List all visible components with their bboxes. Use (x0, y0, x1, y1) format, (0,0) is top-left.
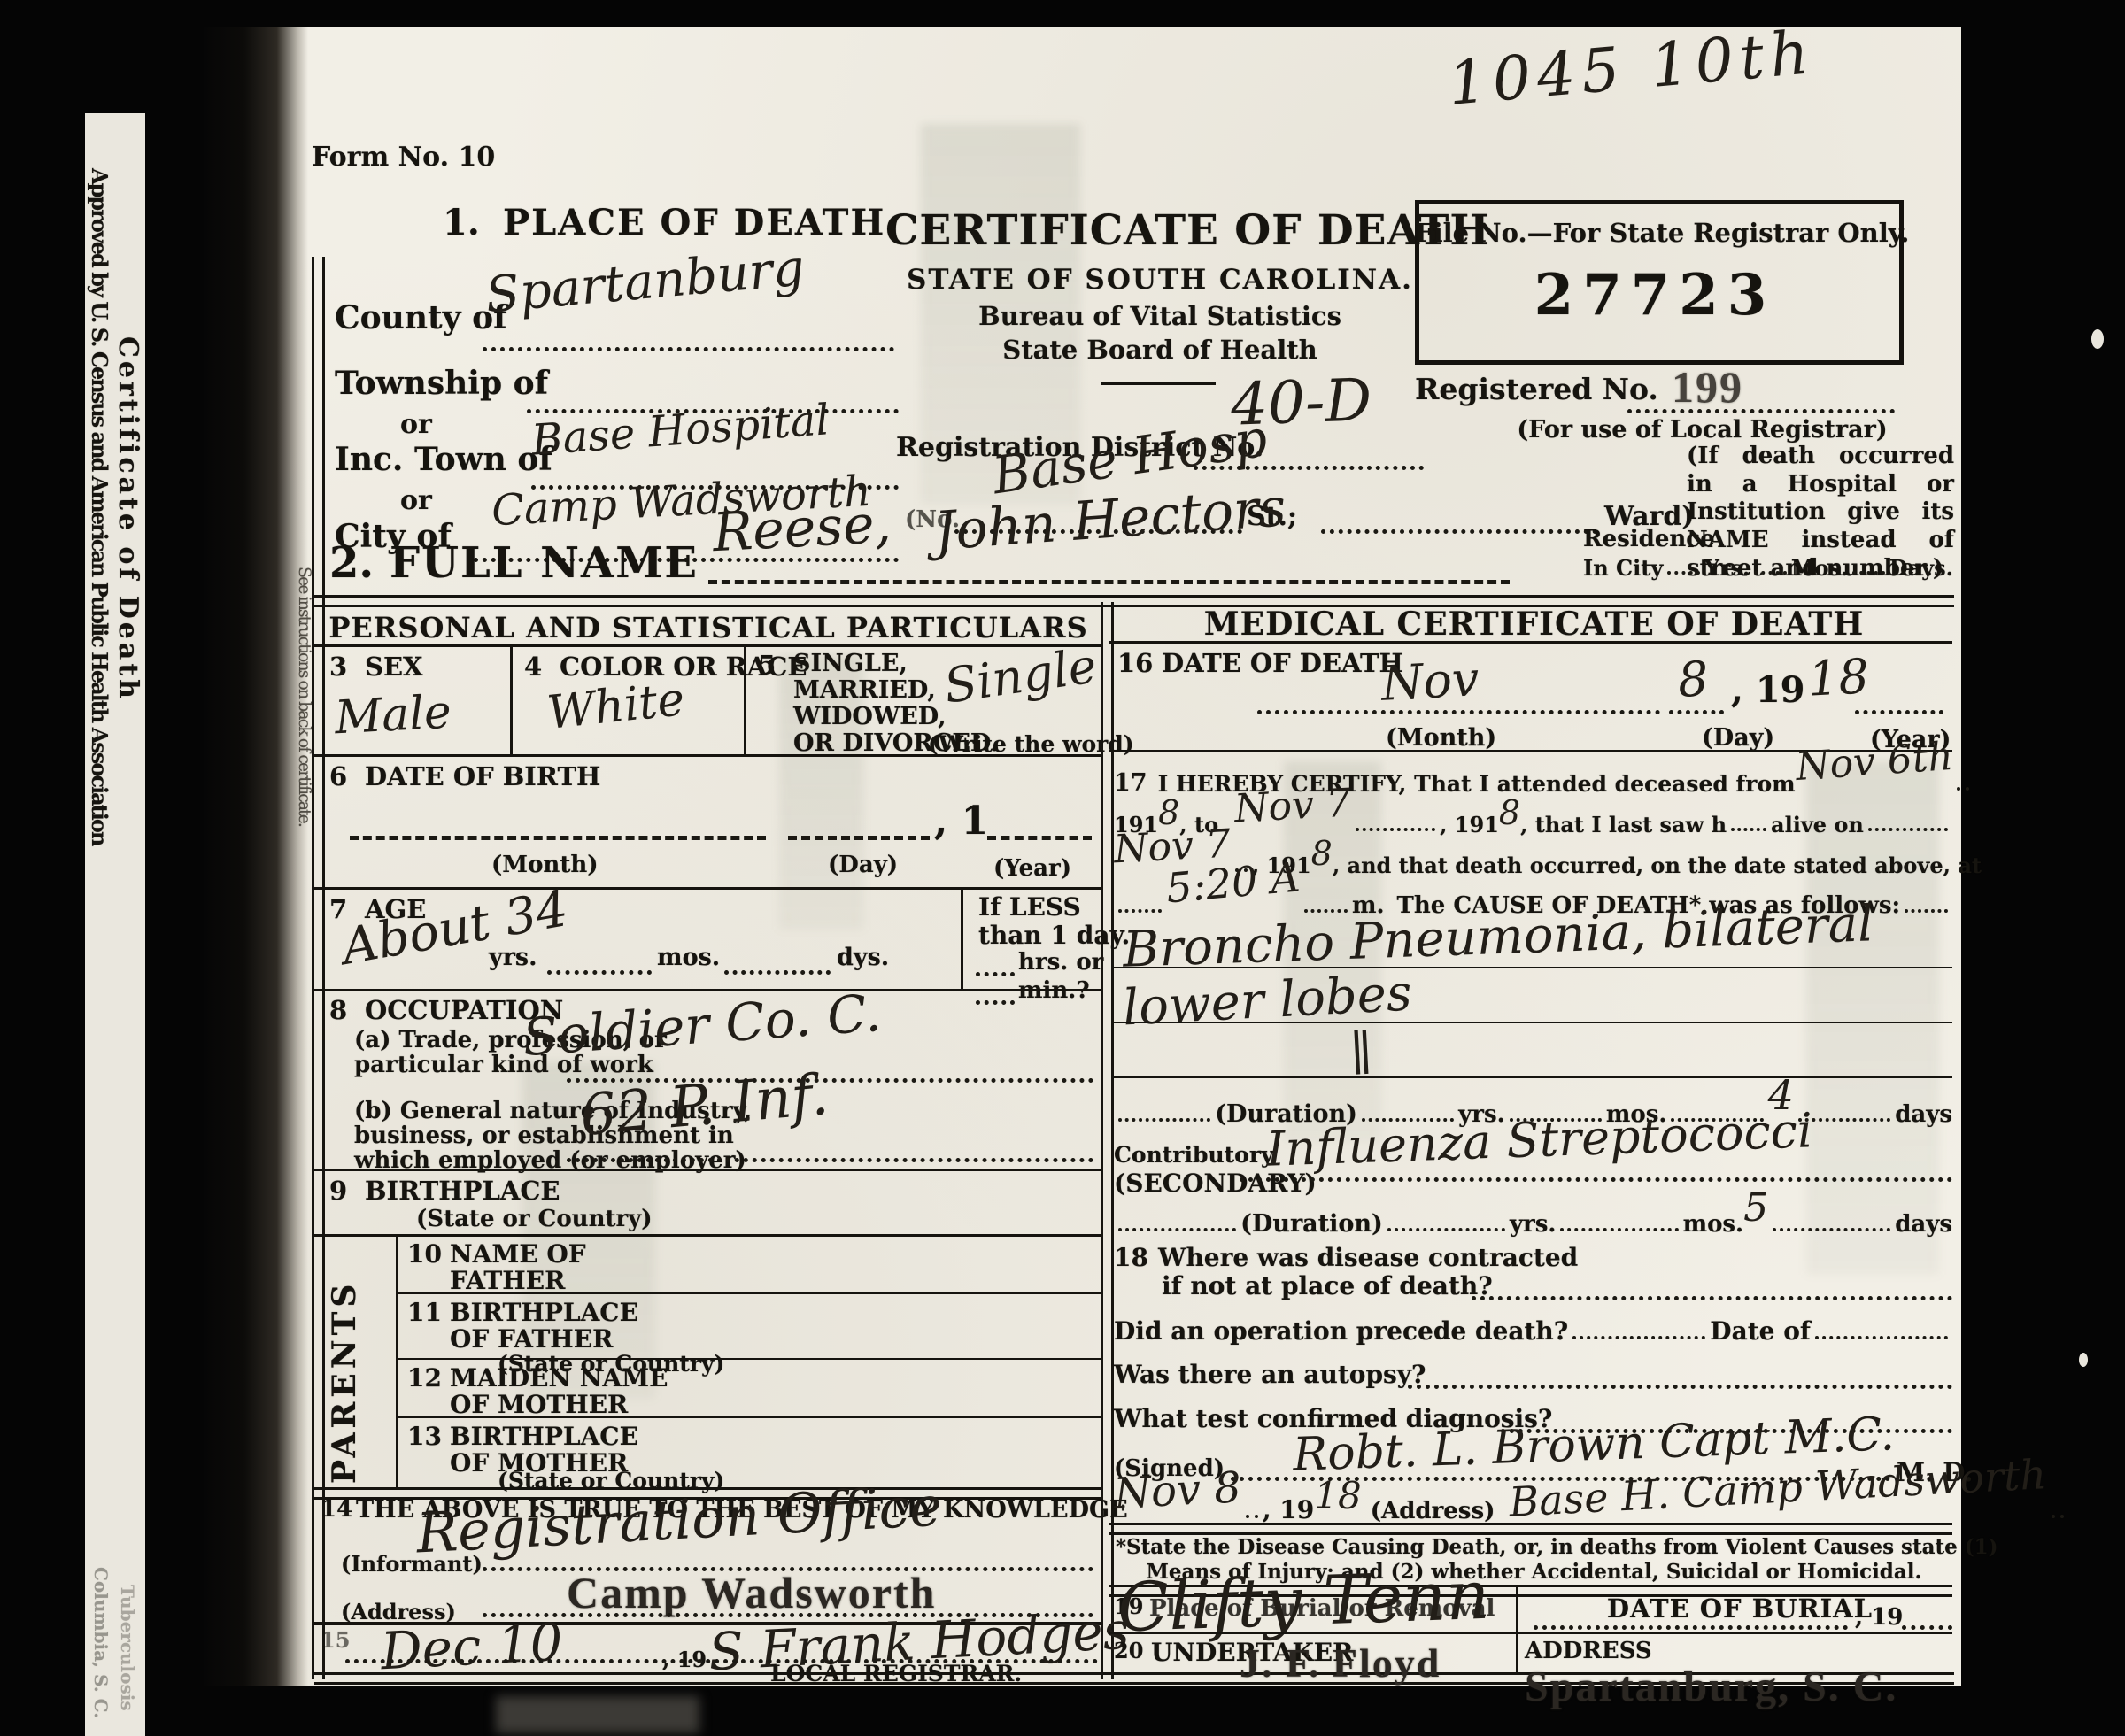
certify-dots (1304, 908, 1348, 913)
father-name-line2: FATHER (450, 1266, 565, 1295)
bleedthrough-smudge (1806, 761, 1939, 1275)
inc-town-label: Inc. Town of (335, 441, 552, 478)
parents-label: PARENTS (326, 1246, 363, 1484)
less-line1: If LESS (978, 892, 1081, 922)
certify-text-b5: alive on (1771, 812, 1864, 837)
mother-name-line2: OF MOTHER (450, 1390, 628, 1419)
form-number: Form No. 10 (312, 142, 495, 173)
file-number-value: 27723 (1415, 262, 1895, 328)
medical-title: MEDICAL CERTIFICATE OF DEATH (1116, 606, 1952, 643)
board-subtitle: State Board of Health (885, 335, 1434, 365)
operation-dots (1572, 1335, 1705, 1339)
dod-number: 16 (1117, 648, 1153, 678)
certify-dots (1905, 908, 1948, 913)
full-name-line (708, 580, 1510, 584)
row345-rule (314, 754, 1102, 757)
marital-line1: SINGLE, (793, 650, 908, 677)
certify-text-b3: , 191 (1440, 812, 1499, 837)
contributory-label: Contributory (1114, 1142, 1274, 1168)
dod-day-line (1669, 710, 1724, 714)
margin-tuberculosis-text: Tuberculosis (117, 1585, 138, 1735)
margin-certificate-of-death-text: Certificate of Death (112, 336, 143, 1036)
sex-number: 3 (329, 652, 347, 682)
in-city-label: In City (1583, 555, 1663, 581)
certify-dots (1868, 827, 1948, 831)
sex-label: SEX (365, 652, 423, 682)
certify-text-b4: , that I last saw h (1520, 812, 1727, 837)
title-divider (1101, 382, 1216, 385)
father-bp-line2: OF FATHER (450, 1324, 613, 1354)
residence-dots (1852, 570, 1884, 575)
sign-year-value: 18 (1314, 1474, 1361, 1517)
duration2-line: (Duration) yrs. mos. 5 days (1114, 1202, 1952, 1238)
scanned-death-certificate: Approved by U. S. Census and American Pu… (0, 0, 2125, 1736)
duration-dots (1387, 1227, 1505, 1231)
section1-title: PLACE OF DEATH (503, 202, 885, 243)
sex-race-divider (510, 644, 513, 754)
less-min-dots (976, 1000, 1015, 1005)
dob-month-hint: (Month) (491, 852, 599, 878)
occupation-number: 8 (329, 995, 347, 1025)
certify-dots (1356, 827, 1435, 831)
father-name-rule (398, 1292, 1101, 1294)
father-bp-number: 11 (407, 1298, 442, 1327)
certify-dots (1731, 827, 1766, 831)
occupation-rule (314, 1169, 1102, 1171)
dod-label: DATE OF DEATH (1162, 648, 1403, 678)
less-line3: hrs. or (1018, 949, 1103, 976)
birthplace-hint: (State or Country) (416, 1206, 653, 1232)
filed-date-value: Dec 10 (379, 1612, 564, 1682)
duration2-days-value: 5 (1743, 1185, 1768, 1231)
cause-ditto-mark: ∥ (1348, 1024, 1373, 1081)
residence-label: Residence (1583, 526, 1715, 552)
burial-date-dots (1534, 1625, 1848, 1630)
mother-bp-number: 13 (407, 1422, 442, 1451)
dod-year-value: 18 (1806, 648, 1870, 707)
or-label-2: or (400, 485, 432, 516)
residence-dots (1667, 570, 1699, 575)
mother-name-rule (398, 1416, 1101, 1418)
dob-number: 6 (329, 761, 347, 791)
sign-date-address-line: Nov 8 , 19 18 (Address) Base H. Camp Wad… (1114, 1493, 1952, 1524)
operation-line: Did an operation precede death? Date of (1114, 1314, 1952, 1346)
informant-address-value: Camp Wadsworth (567, 1567, 936, 1618)
birthplace-label: BIRTHPLACE (365, 1176, 560, 1206)
occupation-b-dots (567, 1158, 1093, 1162)
or-label-1: or (400, 409, 432, 440)
dod-year-prefix: , 19 (1731, 669, 1805, 711)
certify-dots (1957, 786, 1969, 791)
certificate-title: CERTIFICATE OF DEATH (885, 206, 1434, 255)
dod-year-line (1855, 710, 1943, 714)
dob-year-prefix: , 1 (934, 799, 988, 844)
contributory-line (1240, 1177, 1952, 1182)
cause-underline3 (1114, 1076, 1952, 1078)
race-number: 4 (524, 652, 542, 682)
duration-dots (1560, 1227, 1678, 1231)
marital-line3: WIDOWED, (793, 703, 947, 730)
father-bp-rule (398, 1358, 1101, 1360)
dob-label: DATE OF BIRTH (365, 761, 600, 791)
age-rule (314, 989, 1102, 991)
age-dys-label: dys. (837, 944, 889, 971)
informant-label: (Informant) (341, 1551, 483, 1577)
burial-year-prefix: , 19 (1855, 1604, 1903, 1631)
dod-month-line (1257, 710, 1660, 714)
father-name-line1: NAME OF (450, 1239, 586, 1269)
margin-approved-text: Approved by U. S. Census and American Pu… (87, 168, 112, 1549)
duration2-mos-label: mos. (1683, 1211, 1744, 1238)
certify-from-value: Nov 6th (1794, 734, 1954, 790)
mother-name-number: 12 (407, 1363, 442, 1393)
duration-dots (1118, 1227, 1236, 1231)
marital-line2: MARRIED, (793, 676, 936, 704)
certify-line-b: 191 8 , to Nov 7 , 191 8 , that I last s… (1114, 802, 1952, 837)
registered-no-note: (For use of Local Registrar) (1452, 416, 1952, 444)
autopsy-dots (1408, 1385, 1952, 1389)
burial-rule (1109, 1632, 1952, 1634)
q18-line2: if not at place of death? (1162, 1271, 1493, 1300)
certify-to-value: Nov 7 (1233, 781, 1352, 832)
dob-day-hint: (Day) (828, 852, 898, 878)
dod-month-hint: (Month) (1386, 724, 1496, 752)
mos-label: Mos. (1791, 555, 1848, 581)
age-yrs-dots (547, 970, 652, 975)
residence-dots (1754, 570, 1786, 575)
residence-line: In City Yrs. Mos. Days. (1583, 551, 1953, 581)
section15-number: 15 (321, 1627, 350, 1653)
certify-number: 17 (1114, 769, 1147, 797)
duration2-yrs-label: yrs. (1510, 1211, 1557, 1238)
age-yrs-label: yrs. (489, 944, 537, 971)
operation-date-label: Date of (1710, 1316, 1811, 1346)
undertaker-address-value: Spartanburg, S. C. (1525, 1640, 1897, 1711)
undertaker-value: J. F. Floyd (1240, 1640, 1441, 1686)
dob-rule (314, 887, 1102, 890)
marital-number: 5 (758, 650, 776, 680)
sign-date-value: Nov 8 (1113, 1462, 1243, 1518)
duration2-days-label: days (1895, 1211, 1952, 1238)
sign-year-prefix: , 19 (1263, 1495, 1314, 1524)
section1-number: 1. (443, 202, 480, 243)
sign-address-label: (Address) (1371, 1498, 1495, 1524)
section2-title: FULL NAME (390, 538, 699, 588)
undertaker-number: 20 (1114, 1638, 1143, 1663)
q18-number: 18 (1114, 1243, 1148, 1272)
street-line-2 (1321, 529, 1597, 534)
autopsy-question: Was there an autopsy? (1114, 1360, 1426, 1389)
film-speck (2091, 329, 2104, 349)
signed-bottom-rule (1109, 1523, 1952, 1535)
form-left-border (312, 257, 325, 1679)
dob-year-hint: (Year) (993, 855, 1071, 882)
duration2-label: (Duration) (1240, 1210, 1383, 1238)
state-subtitle: STATE OF SOUTH CAROLINA. (885, 264, 1434, 296)
less-hrs-dots (976, 972, 1015, 976)
duration-days-label: days (1895, 1101, 1952, 1128)
file-box-label: File No.—For State Registrar Only. (1415, 218, 1895, 248)
cause-underline1 (1114, 967, 1952, 968)
father-bp-line1: BIRTHPLACE (450, 1298, 638, 1327)
operation-dots (1815, 1335, 1948, 1339)
registered-no-label: Registered No. (1415, 372, 1658, 406)
film-speck (2079, 1353, 2088, 1367)
margin-columbia-text: Columbia, S. C. (90, 1567, 112, 1735)
certify-year-b3: 8 (1499, 793, 1520, 832)
sex-value: Male (334, 686, 453, 745)
age-mos-label: mos. (657, 944, 720, 971)
father-name-number: 10 (407, 1239, 442, 1269)
mother-name-line1: MAIDEN NAME (450, 1363, 668, 1393)
county-label: County of (335, 299, 507, 336)
sign-dots (1246, 1514, 1258, 1518)
section2-number: 2. (329, 538, 374, 588)
burial-cell-divider (1516, 1585, 1518, 1672)
footnote-line1: *State the Disease Causing Death, or, in… (1116, 1535, 1952, 1559)
marital-hint: (Write the word) (928, 731, 1134, 757)
dod-day-value: 8 (1676, 651, 1710, 708)
yrs-label: Yrs. (1704, 555, 1750, 581)
certify-text-c2: , and that death occurred, on the date s… (1333, 853, 1982, 878)
operation-question: Did an operation precede death? (1114, 1316, 1568, 1346)
county-line (483, 347, 894, 351)
registered-no-line (1627, 409, 1895, 413)
duration-dots (1773, 1227, 1890, 1231)
burial-year-dots (1902, 1625, 1952, 1630)
age-cell-divider (961, 887, 963, 989)
dob-year-line (987, 836, 1092, 840)
birthplace-number: 9 (329, 1176, 347, 1206)
age-mos-dots (724, 970, 831, 975)
mother-bp-line1: BIRTHPLACE (450, 1422, 638, 1451)
dod-month-value: Nov (1379, 651, 1480, 712)
cause-underline2 (1114, 1022, 1952, 1023)
less-line2: than 1 day. (978, 921, 1130, 950)
dod-day-hint: (Day) (1702, 724, 1774, 752)
birthplace-rule (314, 1234, 1102, 1237)
dob-day-line (788, 836, 930, 840)
q18-line1: Where was disease contracted (1158, 1243, 1578, 1272)
bureau-subtitle: Bureau of Vital Statistics (885, 301, 1434, 331)
duration-dots (1118, 1117, 1210, 1122)
full-name-surname: Reese, (711, 493, 892, 564)
film-bottom-blob (496, 1696, 699, 1733)
section14-number: 14 (321, 1496, 352, 1523)
certify-dots (1118, 908, 1162, 913)
parents-inner-divider (396, 1234, 398, 1487)
certify-year-c1: 8 (1311, 834, 1333, 873)
registered-no-value: 199 (1672, 361, 1743, 413)
medical-title-rule (1109, 641, 1952, 644)
scan-dark-edge (204, 27, 308, 1686)
personal-title-rule (314, 644, 1102, 647)
personal-title: PERSONAL AND STATISTICAL PARTICULARS (319, 611, 1098, 644)
days-label: Days. (1889, 555, 1953, 581)
sign-dots (2052, 1514, 2064, 1518)
township-label: Township of (335, 365, 548, 402)
dob-month-line (350, 836, 766, 840)
q18-dots (1472, 1296, 1952, 1300)
